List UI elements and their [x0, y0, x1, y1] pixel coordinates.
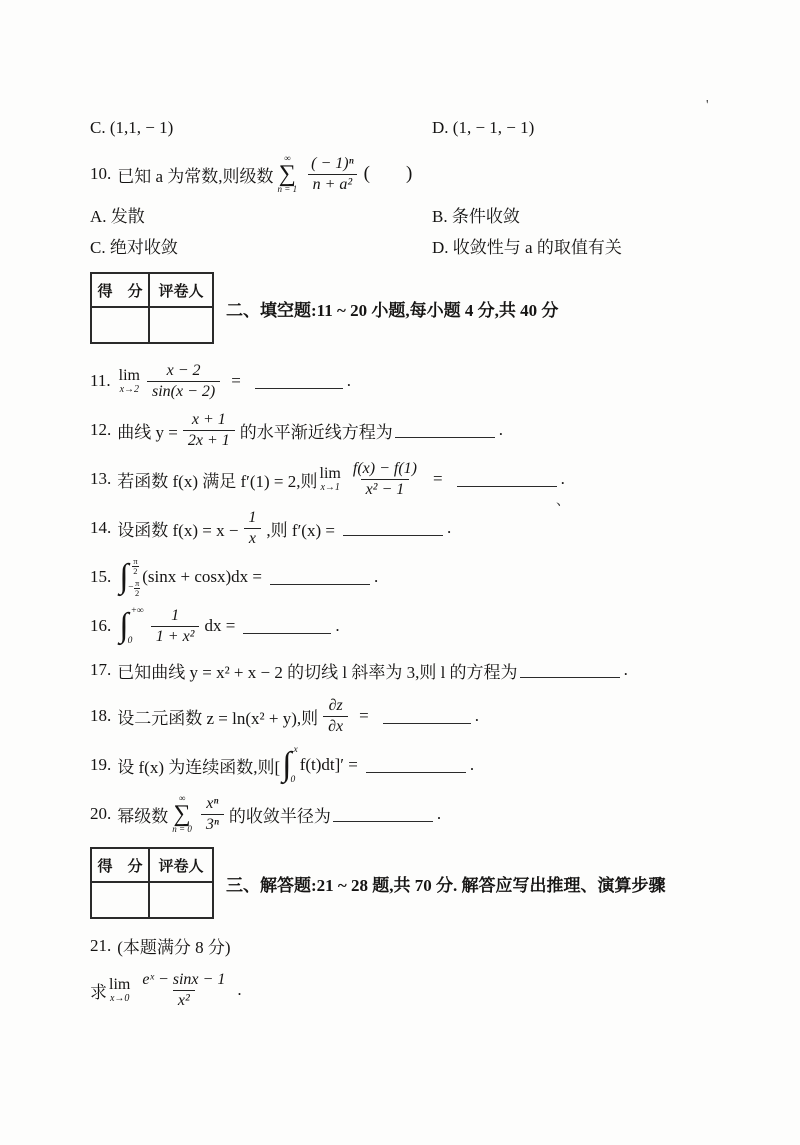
- integral-lower-limit: 0: [290, 775, 297, 785]
- question-text: 的收敛半径为: [229, 802, 331, 827]
- section-2-header: 得 分 评卷人 二、填空题:11 ~ 20 小题,每小题 4 分,共 40 分: [90, 272, 740, 344]
- fraction-numerator: x + 1: [187, 410, 231, 429]
- question-text: 若函数 f(x) 满足 f′(1) = 2,则: [117, 467, 317, 492]
- question-number: 14.: [90, 518, 111, 538]
- lim-word: lim: [119, 368, 140, 384]
- score-cell-empty: [92, 883, 150, 917]
- answer-blank: [243, 618, 331, 634]
- score-cell-label: 得 分: [92, 849, 150, 883]
- fraction-numerator: xⁿ: [201, 794, 223, 813]
- integral-upper-limit: x: [293, 745, 297, 755]
- answer-blank: [343, 520, 443, 536]
- fraction-numerator: ∂z: [324, 696, 348, 715]
- score-cell-label: 得 分: [92, 274, 150, 308]
- question-21-title: 21. (本题满分 8 分): [90, 933, 740, 958]
- fraction-denominator: n + a²: [308, 174, 358, 194]
- period: .: [437, 804, 441, 824]
- mini-denominator: 2: [134, 588, 140, 598]
- fraction-denominator: sin(x − 2): [147, 381, 220, 401]
- exam-content: C. (1,1, − 1) D. (1, − 1, − 1) 10. 已知 a …: [0, 0, 800, 1014]
- period: .: [237, 980, 241, 1000]
- score-cell-empty: [92, 308, 150, 342]
- question-number: 18.: [90, 706, 111, 726]
- period: .: [470, 755, 474, 775]
- question-text: 设函数 f(x) = x −: [117, 516, 238, 541]
- fraction-numerator: 1: [166, 606, 184, 625]
- question-text: 曲线 y =: [117, 418, 178, 443]
- question-21-body: 求 lim x→0 eˣ − sinx − 1 x² .: [90, 966, 740, 1014]
- question-16: 16. ∫ +∞ 0 1 1 + x² dx = .: [90, 603, 740, 649]
- scanned-exam-page: ' 、 C. (1,1, − 1) D. (1, − 1, − 1) 10. 已…: [0, 0, 800, 1145]
- answer-blank: [457, 471, 557, 487]
- question-text: 已知曲线 y = x² + x − 2 的切线 l 斜率为 3,则 l 的方程为: [117, 658, 517, 683]
- question-10: 10. 已知 a 为常数,则级数 ∞ ∑ n = 1 ( − 1)ⁿ n + a…: [90, 148, 740, 200]
- fraction: 1 x: [243, 508, 261, 547]
- grader-cell-empty: [150, 308, 212, 342]
- option-b: B. 条件收敛: [432, 202, 520, 227]
- option-d: D. (1, − 1, − 1): [432, 118, 534, 138]
- period: .: [499, 420, 503, 440]
- answer-blank: [333, 806, 433, 822]
- integrand-text: (sinx + cosx)dx =: [142, 567, 262, 587]
- option-c: C. (1,1, − 1): [90, 118, 432, 138]
- question-text: f(t)dt]′ =: [300, 755, 358, 775]
- fraction-denominator: 3ⁿ: [201, 814, 224, 834]
- answer-paren-close: ): [406, 163, 412, 185]
- question-text: 求: [90, 978, 107, 1003]
- question-number: 15.: [90, 567, 111, 587]
- question-17: 17. 已知曲线 y = x² + x − 2 的切线 l 斜率为 3,则 l …: [90, 657, 740, 683]
- fraction-numerator: f(x) − f(1): [348, 459, 422, 478]
- period: .: [374, 567, 378, 587]
- answer-blank: [383, 708, 471, 724]
- lim-word: lim: [320, 466, 341, 482]
- section-3-heading: 三、解答题:21 ~ 28 题,共 70 分. 解答应写出推理、演算步骤: [226, 871, 666, 896]
- mini-numerator: π: [135, 579, 139, 588]
- period: .: [624, 660, 628, 680]
- integral-limits: +∞ 0: [131, 606, 144, 646]
- fraction-denominator: x² − 1: [361, 479, 410, 499]
- question-20: 20. 幂级数 ∞ ∑ n = 0 xⁿ 3ⁿ 的收敛半径为 .: [90, 791, 740, 837]
- question-number: 19.: [90, 755, 111, 775]
- scan-artifact: ': [706, 98, 709, 114]
- option-c: C. 绝对收敛: [90, 233, 432, 258]
- lim-word: lim: [109, 977, 130, 993]
- lim-subscript: x→1: [320, 483, 339, 493]
- question-number: 20.: [90, 804, 111, 824]
- question-19: 19. 设 f(x) 为连续函数,则[ ∫ x 0 f(t)dt]′ = .: [90, 742, 740, 788]
- fraction: x + 1 2x + 1: [183, 410, 235, 449]
- question-text: dx =: [204, 616, 235, 636]
- question-11: 11. lim x→2 x − 2 sin(x − 2) = .: [90, 358, 740, 404]
- sum-lower-limit: n = 1: [278, 185, 298, 194]
- question-text: ,则 f′(x) =: [266, 516, 335, 541]
- question-10-options-row-1: A. 发散 B. 条件收敛: [90, 202, 740, 227]
- period: .: [335, 616, 339, 636]
- fraction: xⁿ 3ⁿ: [201, 794, 224, 833]
- fraction-numerator: 1: [243, 508, 261, 527]
- lim-subscript: x→0: [110, 994, 129, 1004]
- answer-blank: [520, 662, 620, 678]
- fraction-denominator: 1 + x²: [151, 626, 200, 646]
- integral-lower-limit: − π 2: [128, 579, 141, 597]
- integral-lower-limit: 0: [128, 636, 144, 646]
- option-d: D. 收敛性与 a 的取值有关: [432, 233, 622, 258]
- question-13: 13. 若函数 f(x) 满足 f′(1) = 2,则 lim x→1 f(x)…: [90, 456, 740, 502]
- grader-cell-label: 评卷人: [150, 274, 212, 308]
- question-14: 14. 设函数 f(x) = x − 1 x ,则 f′(x) = .: [90, 505, 740, 551]
- fraction-denominator: x²: [173, 990, 195, 1010]
- score-box: 得 分 评卷人: [90, 272, 214, 344]
- period: .: [347, 371, 351, 391]
- fraction: x − 2 sin(x − 2): [147, 361, 220, 400]
- answer-blank: [366, 757, 466, 773]
- question-points: (本题满分 8 分): [117, 933, 230, 958]
- limit-operator: lim x→1: [320, 466, 341, 493]
- question-number: 11.: [90, 371, 111, 391]
- question-text: 设 f(x) 为连续函数,则[: [117, 753, 280, 778]
- period: .: [475, 706, 479, 726]
- mini-numerator: π: [133, 557, 137, 566]
- integral: ∫ x 0: [282, 745, 298, 785]
- mini-denominator: 2: [132, 566, 138, 576]
- scan-artifact: 、: [556, 490, 570, 510]
- question-18: 18. 设二元函数 z = ln(x² + y),则 ∂z ∂x = .: [90, 693, 740, 739]
- summation: ∞ ∑ n = 1: [278, 154, 298, 195]
- question-10-options-row-2: C. 绝对收敛 D. 收敛性与 a 的取值有关: [90, 233, 740, 258]
- question-text: 设二元函数 z = ln(x² + y),则: [117, 704, 318, 729]
- question-text: 已知 a 为常数,则级数: [117, 162, 273, 187]
- integral-upper-limit: π 2: [131, 557, 141, 575]
- answer-blank: [255, 373, 343, 389]
- question-number: 21.: [90, 936, 111, 956]
- sigma-symbol: ∑: [173, 803, 190, 826]
- grader-cell-empty: [150, 883, 212, 917]
- fraction: f(x) − f(1) x² − 1: [348, 459, 422, 498]
- question-number: 12.: [90, 420, 111, 440]
- question-9-options-row: C. (1,1, − 1) D. (1, − 1, − 1): [90, 118, 740, 138]
- equals-sign: =: [359, 706, 369, 726]
- answer-blank: [270, 569, 370, 585]
- question-text: 的水平渐近线方程为: [240, 418, 393, 443]
- grader-cell-label: 评卷人: [150, 849, 212, 883]
- fraction: eˣ − sinx − 1 x²: [137, 970, 230, 1009]
- score-box: 得 分 评卷人: [90, 847, 214, 919]
- integral: ∫ +∞ 0: [119, 606, 144, 646]
- fraction: 1 1 + x²: [151, 606, 200, 645]
- option-a: A. 发散: [90, 202, 432, 227]
- answer-blank: [395, 422, 495, 438]
- integral-limits: x 0: [293, 745, 297, 785]
- answer-paren-open: (: [364, 163, 370, 185]
- period: .: [447, 518, 451, 538]
- question-text: 幂级数: [117, 802, 168, 827]
- question-number: 13.: [90, 469, 111, 489]
- fraction-denominator: 2x + 1: [183, 430, 235, 450]
- fraction-denominator: ∂x: [323, 716, 348, 736]
- sum-lower-limit: n = 0: [172, 825, 192, 834]
- section-3-header: 得 分 评卷人 三、解答题:21 ~ 28 题,共 70 分. 解答应写出推理、…: [90, 847, 740, 919]
- lim-subscript: x→2: [120, 385, 139, 395]
- section-2-heading: 二、填空题:11 ~ 20 小题,每小题 4 分,共 40 分: [226, 296, 558, 321]
- integral: ∫ π 2 − π 2: [119, 557, 140, 597]
- question-12: 12. 曲线 y = x + 1 2x + 1 的水平渐近线方程为 .: [90, 407, 740, 453]
- fraction-numerator: eˣ − sinx − 1: [137, 970, 230, 989]
- question-number: 10.: [90, 164, 111, 184]
- question-15: 15. ∫ π 2 − π 2 (sin: [90, 554, 740, 600]
- integral-limits: π 2 − π 2: [131, 557, 141, 597]
- question-number: 17.: [90, 660, 111, 680]
- period: .: [561, 469, 565, 489]
- question-number: 16.: [90, 616, 111, 636]
- fraction: ( − 1)ⁿ n + a²: [306, 154, 359, 193]
- fraction-numerator: x − 2: [162, 361, 206, 380]
- fraction-denominator: x: [244, 528, 261, 548]
- fraction-numerator: ( − 1)ⁿ: [306, 154, 359, 173]
- sigma-symbol: ∑: [279, 163, 296, 186]
- equals-sign: =: [433, 469, 443, 489]
- limit-operator: lim x→0: [109, 977, 130, 1004]
- partial-derivative-fraction: ∂z ∂x: [323, 696, 348, 735]
- integral-upper-limit: +∞: [131, 606, 144, 616]
- limit-operator: lim x→2: [119, 368, 140, 395]
- summation: ∞ ∑ n = 0: [172, 794, 192, 835]
- equals-sign: =: [231, 371, 241, 391]
